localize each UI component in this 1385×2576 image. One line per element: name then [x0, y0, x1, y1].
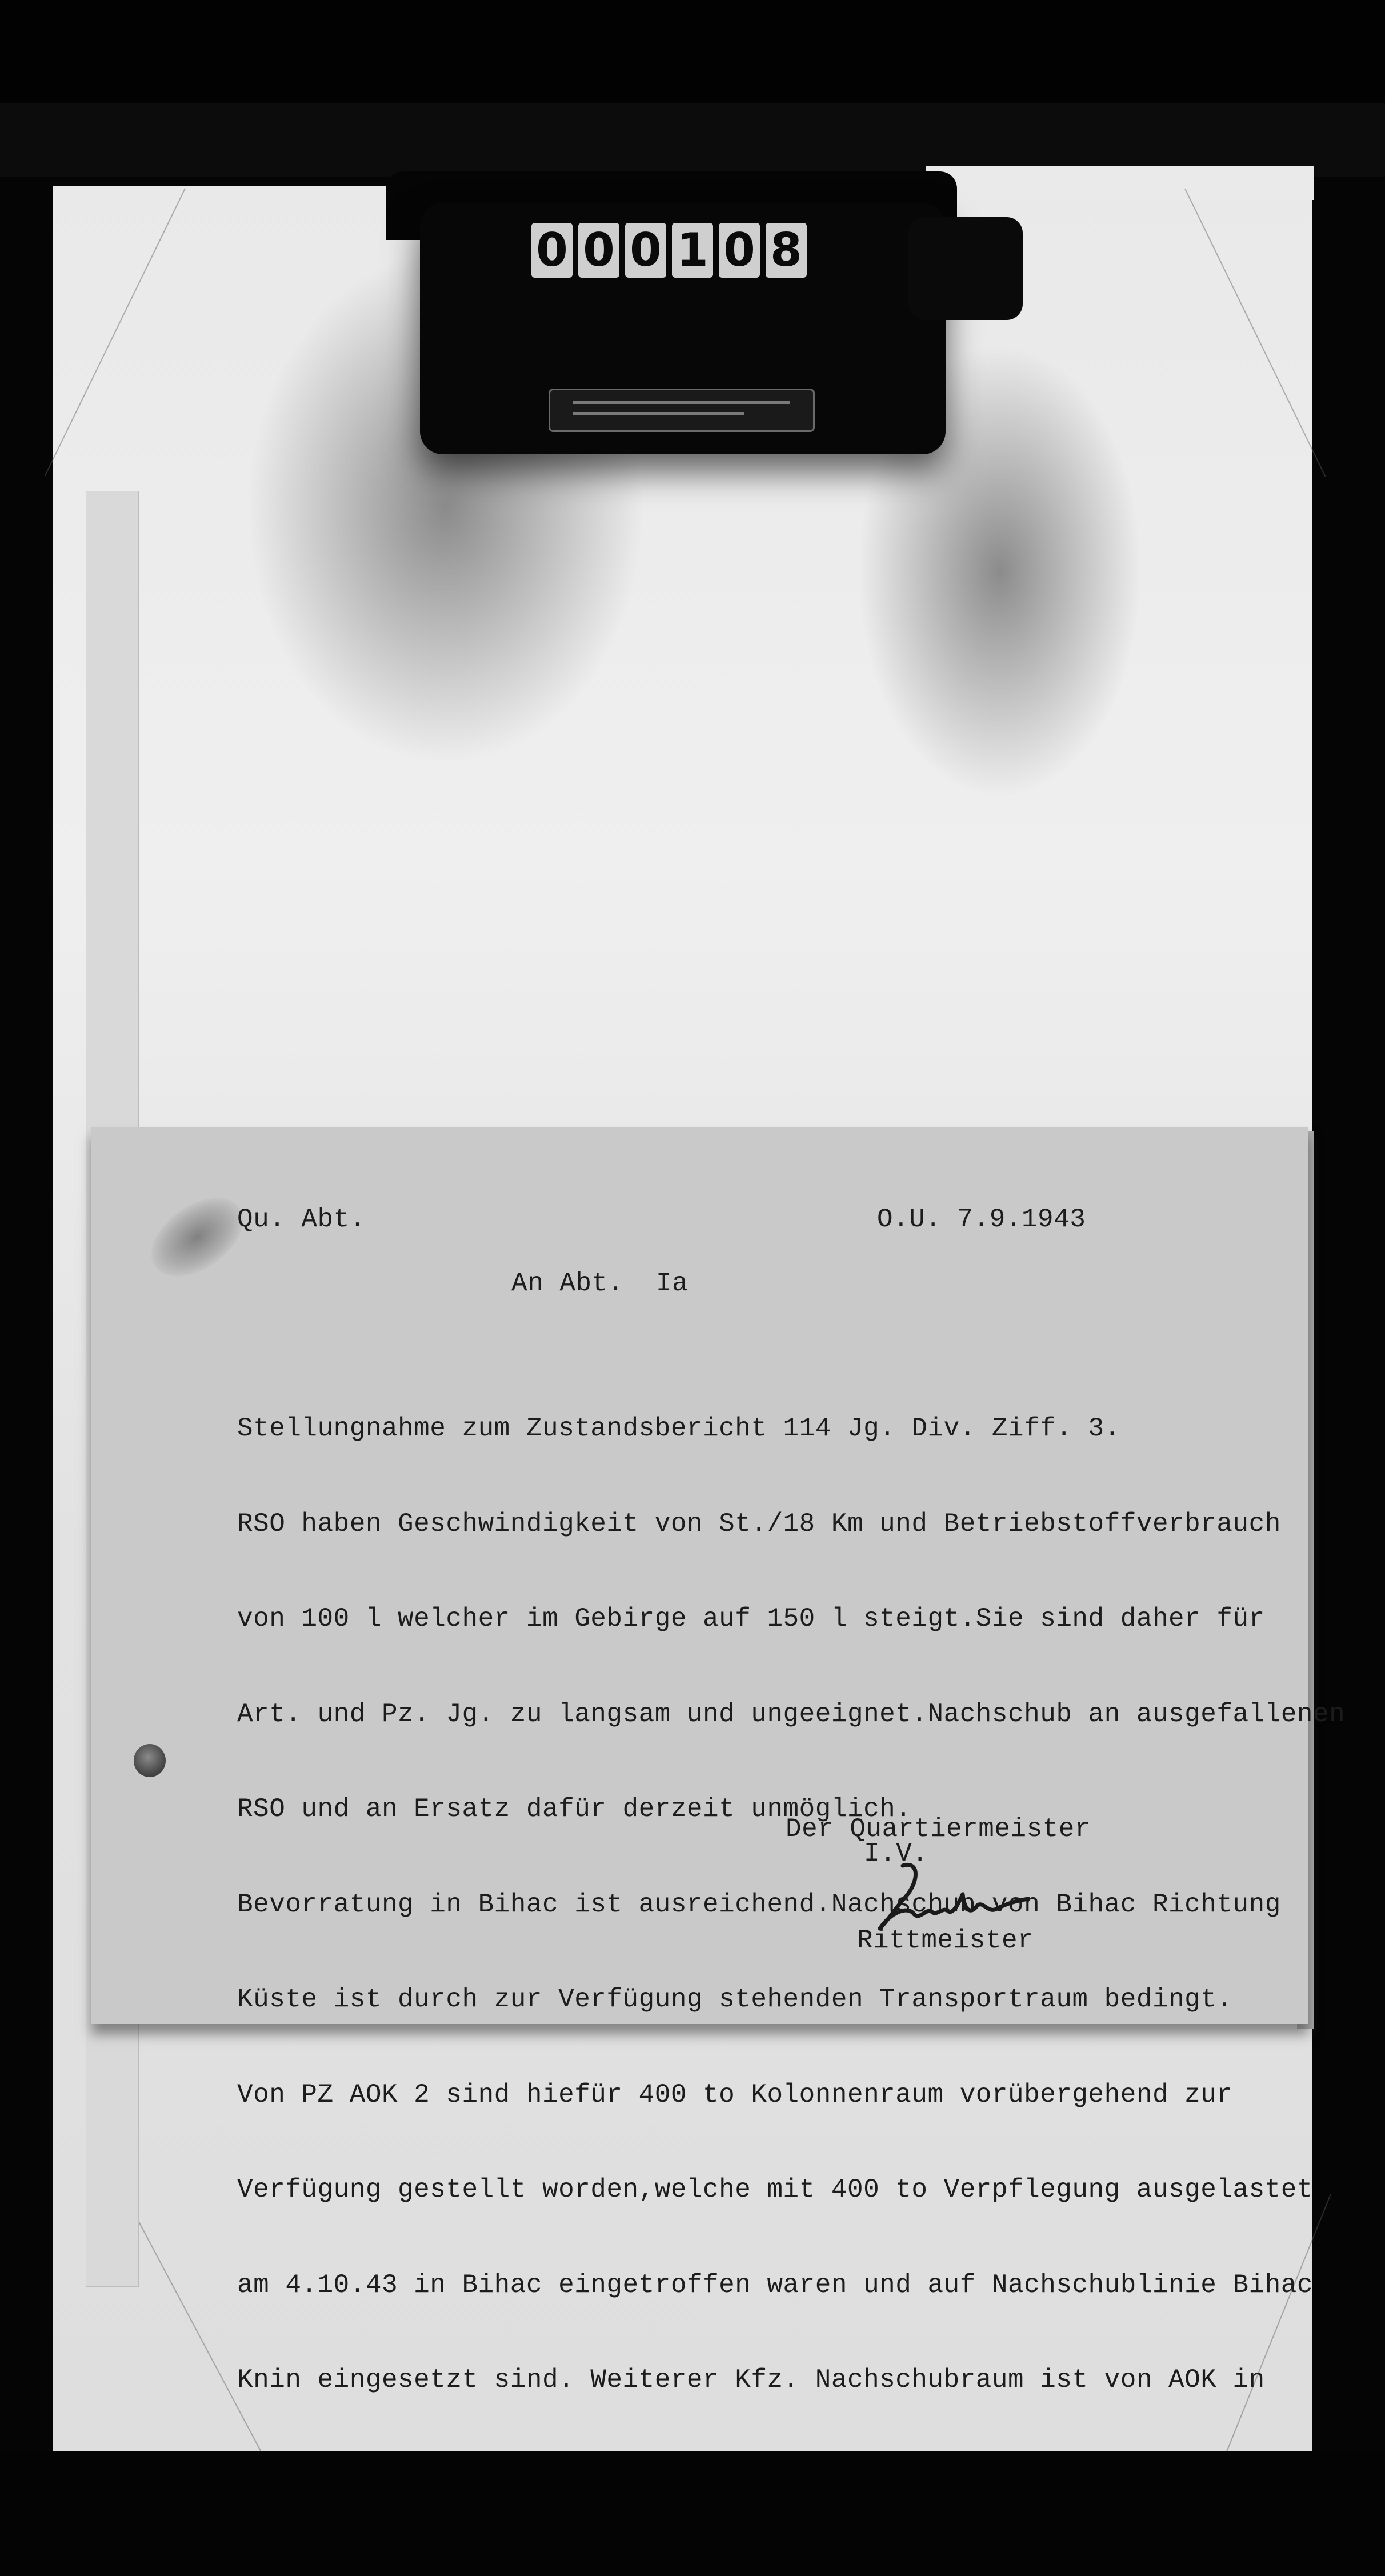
- body-line: Bevorratung in Bihac ist ausreichend.Nac…: [237, 1889, 1345, 1921]
- counter-digit: 0: [625, 223, 666, 278]
- body-line: Knin eingesetzt sind. Weiterer Kfz. Nach…: [237, 2365, 1345, 2397]
- body-line: Von PZ AOK 2 sind hiefür 400 to Kolonnen…: [237, 2079, 1345, 2111]
- counter-digit: 0: [578, 223, 619, 278]
- signatory-rank: Rittmeister: [857, 1926, 1034, 1955]
- body-line: Küste ist durch zur Verfügung stehenden …: [237, 1984, 1345, 2016]
- nameplate-engraving: [573, 401, 790, 404]
- back-sheet-edge: [926, 166, 1314, 200]
- nameplate-engraving: [573, 412, 744, 415]
- counter-digit: 8: [766, 223, 807, 278]
- counter-nameplate: [549, 389, 815, 432]
- film-border-bottom: [0, 2451, 1385, 2576]
- counter-digit: 1: [672, 223, 713, 278]
- body-line: RSO haben Geschwindigkeit von St./18 Km …: [237, 1509, 1345, 1541]
- body-line: Stellungnahme zum Zustandsbericht 114 Jg…: [237, 1413, 1345, 1445]
- sender-department: Qu. Abt.: [237, 1205, 366, 1234]
- body-line: Verfügung gestellt worden,welche mit 400…: [237, 2174, 1345, 2206]
- frame-counter-digits: 0 0 0 1 0 8: [531, 223, 807, 280]
- counter-digit: 0: [531, 223, 573, 278]
- counter-knob: [908, 217, 1023, 320]
- body-line: von 100 l welcher im Gebirge auf 150 l s…: [237, 1603, 1345, 1635]
- recipient: An Abt. Ia: [511, 1269, 688, 1298]
- body-line: Art. und Pz. Jg. zu langsam und ungeeign…: [237, 1699, 1345, 1731]
- counter-digit: 0: [719, 223, 760, 278]
- punch-hole: [134, 1744, 166, 1777]
- place-date: O.U. 7.9.1943: [877, 1205, 1086, 1234]
- closing-title: Der Quartiermeister: [786, 1814, 1091, 1844]
- body-line: am 4.10.43 in Bihac eingetroffen waren u…: [237, 2270, 1345, 2302]
- memo-body: Stellungnahme zum Zustandsbericht 114 Jg…: [237, 1350, 1345, 2523]
